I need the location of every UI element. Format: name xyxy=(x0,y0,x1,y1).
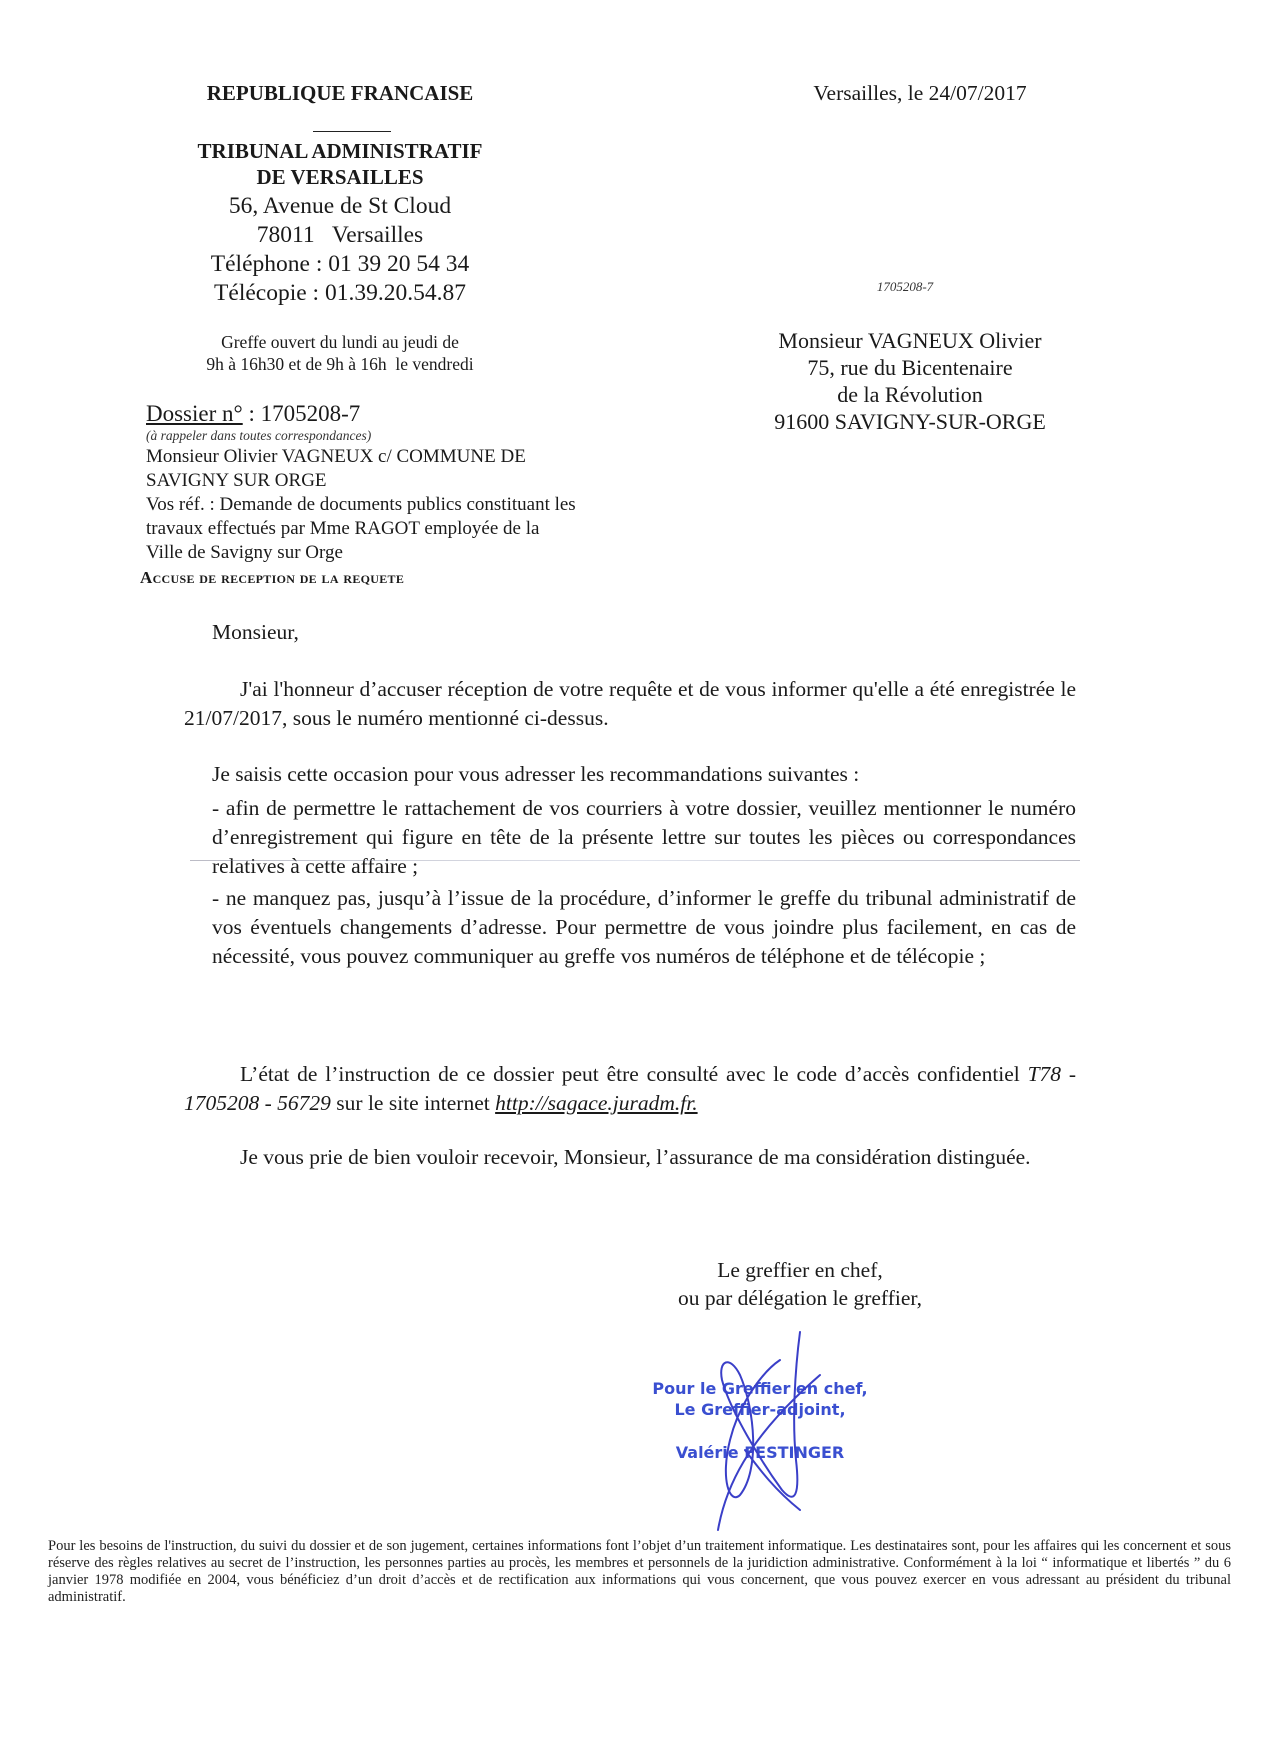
dossier-number: : 1705208-7 xyxy=(243,401,361,426)
dossier-ref-line2: travaux effectués par Mme RAGOT employée… xyxy=(146,517,646,541)
recommendations-intro: Je saisis cette occasion pour vous adres… xyxy=(212,760,1076,789)
privacy-notice-footer: Pour les besoins de l'instruction, du su… xyxy=(48,1538,1231,1606)
recommendation-item-2: - ne manquez pas, jusqu’à l’issue de la … xyxy=(212,884,1076,971)
signatory-title: Le greffier en chef, ou par délégation l… xyxy=(620,1256,980,1312)
tribunal-street: 56, Avenue de St Cloud xyxy=(140,192,540,221)
dossier-details: Monsieur Olivier VAGNEUX c/ COMMUNE DE S… xyxy=(146,445,646,565)
recipient-address: Monsieur VAGNEUX Olivier 75, rue du Bice… xyxy=(700,327,1120,435)
dossier-ref-line3: Ville de Savigny sur Orge xyxy=(146,541,646,565)
recommendation-item-1: - afin de permettre le rattachement de v… xyxy=(212,794,1076,881)
tribunal-telecopie: Télécopie : 01.39.20.54.87 xyxy=(140,279,540,308)
tribunal-telephone: Téléphone : 01 39 20 54 34 xyxy=(140,250,540,279)
salutation: Monsieur, xyxy=(212,618,299,646)
recipient-street: 75, rue du Bicentenaire xyxy=(700,354,1120,381)
republic-heading: REPUBLIQUE FRANCAISE xyxy=(140,80,540,106)
tribunal-name-line2: DE VERSAILLES xyxy=(140,164,540,190)
signatory-title-line1: Le greffier en chef, xyxy=(620,1256,980,1284)
dossier-number-line: Dossier n° : 1705208-7 xyxy=(146,400,360,428)
recipient-name: Monsieur VAGNEUX Olivier xyxy=(700,327,1120,354)
access-text-middle: sur le site internet xyxy=(331,1091,495,1115)
dossier-parties-line2: SAVIGNY SUR ORGE xyxy=(146,469,646,493)
tribunal-city: 78011 Versailles xyxy=(140,221,540,250)
paper-fold-line xyxy=(190,860,1080,861)
closing-paragraph: Je vous prie de bien vouloir recevoir, M… xyxy=(184,1143,1076,1172)
website-link[interactable]: http://sagace.juradm.fr. xyxy=(495,1091,697,1115)
office-hours-line1: Greffe ouvert du lundi au jeudi de xyxy=(140,331,540,353)
recipient-city: 91600 SAVIGNY-SUR-ORGE xyxy=(700,408,1120,435)
date-place: Versailles, le 24/07/2017 xyxy=(720,80,1120,106)
dossier-ref-line1: Vos réf. : Demande de documents publics … xyxy=(146,493,646,517)
letter-subject: Accuse de reception de la requete xyxy=(140,567,404,589)
paragraph-acknowledgement: J'ai l'honneur d’accuser réception de vo… xyxy=(184,675,1076,733)
office-hours-line2: 9h à 16h30 et de 9h à 16h le vendredi xyxy=(140,353,540,375)
tribunal-name-line1: TRIBUNAL ADMINISTRATIF xyxy=(140,138,540,164)
reference-number-small: 1705208-7 xyxy=(820,279,990,295)
letter-subject-text: Accuse de reception de la requete xyxy=(140,568,404,587)
dossier-parties-line1: Monsieur Olivier VAGNEUX c/ COMMUNE DE xyxy=(146,445,646,469)
header-divider xyxy=(313,131,391,132)
recipient-street2: de la Révolution xyxy=(700,381,1120,408)
handwritten-signature-icon xyxy=(700,1330,840,1540)
dossier-note: (à rappeler dans toutes correspondances) xyxy=(146,428,371,444)
paragraph-access-code: L’état de l’instruction de ce dossier pe… xyxy=(184,1060,1076,1118)
signatory-title-line2: ou par délégation le greffier, xyxy=(620,1284,980,1312)
access-text-before: L’état de l’instruction de ce dossier pe… xyxy=(240,1062,1028,1086)
dossier-label: Dossier n° xyxy=(146,401,243,426)
recommendation-item-1-text: - afin de permettre le rattachement de v… xyxy=(212,796,1076,878)
